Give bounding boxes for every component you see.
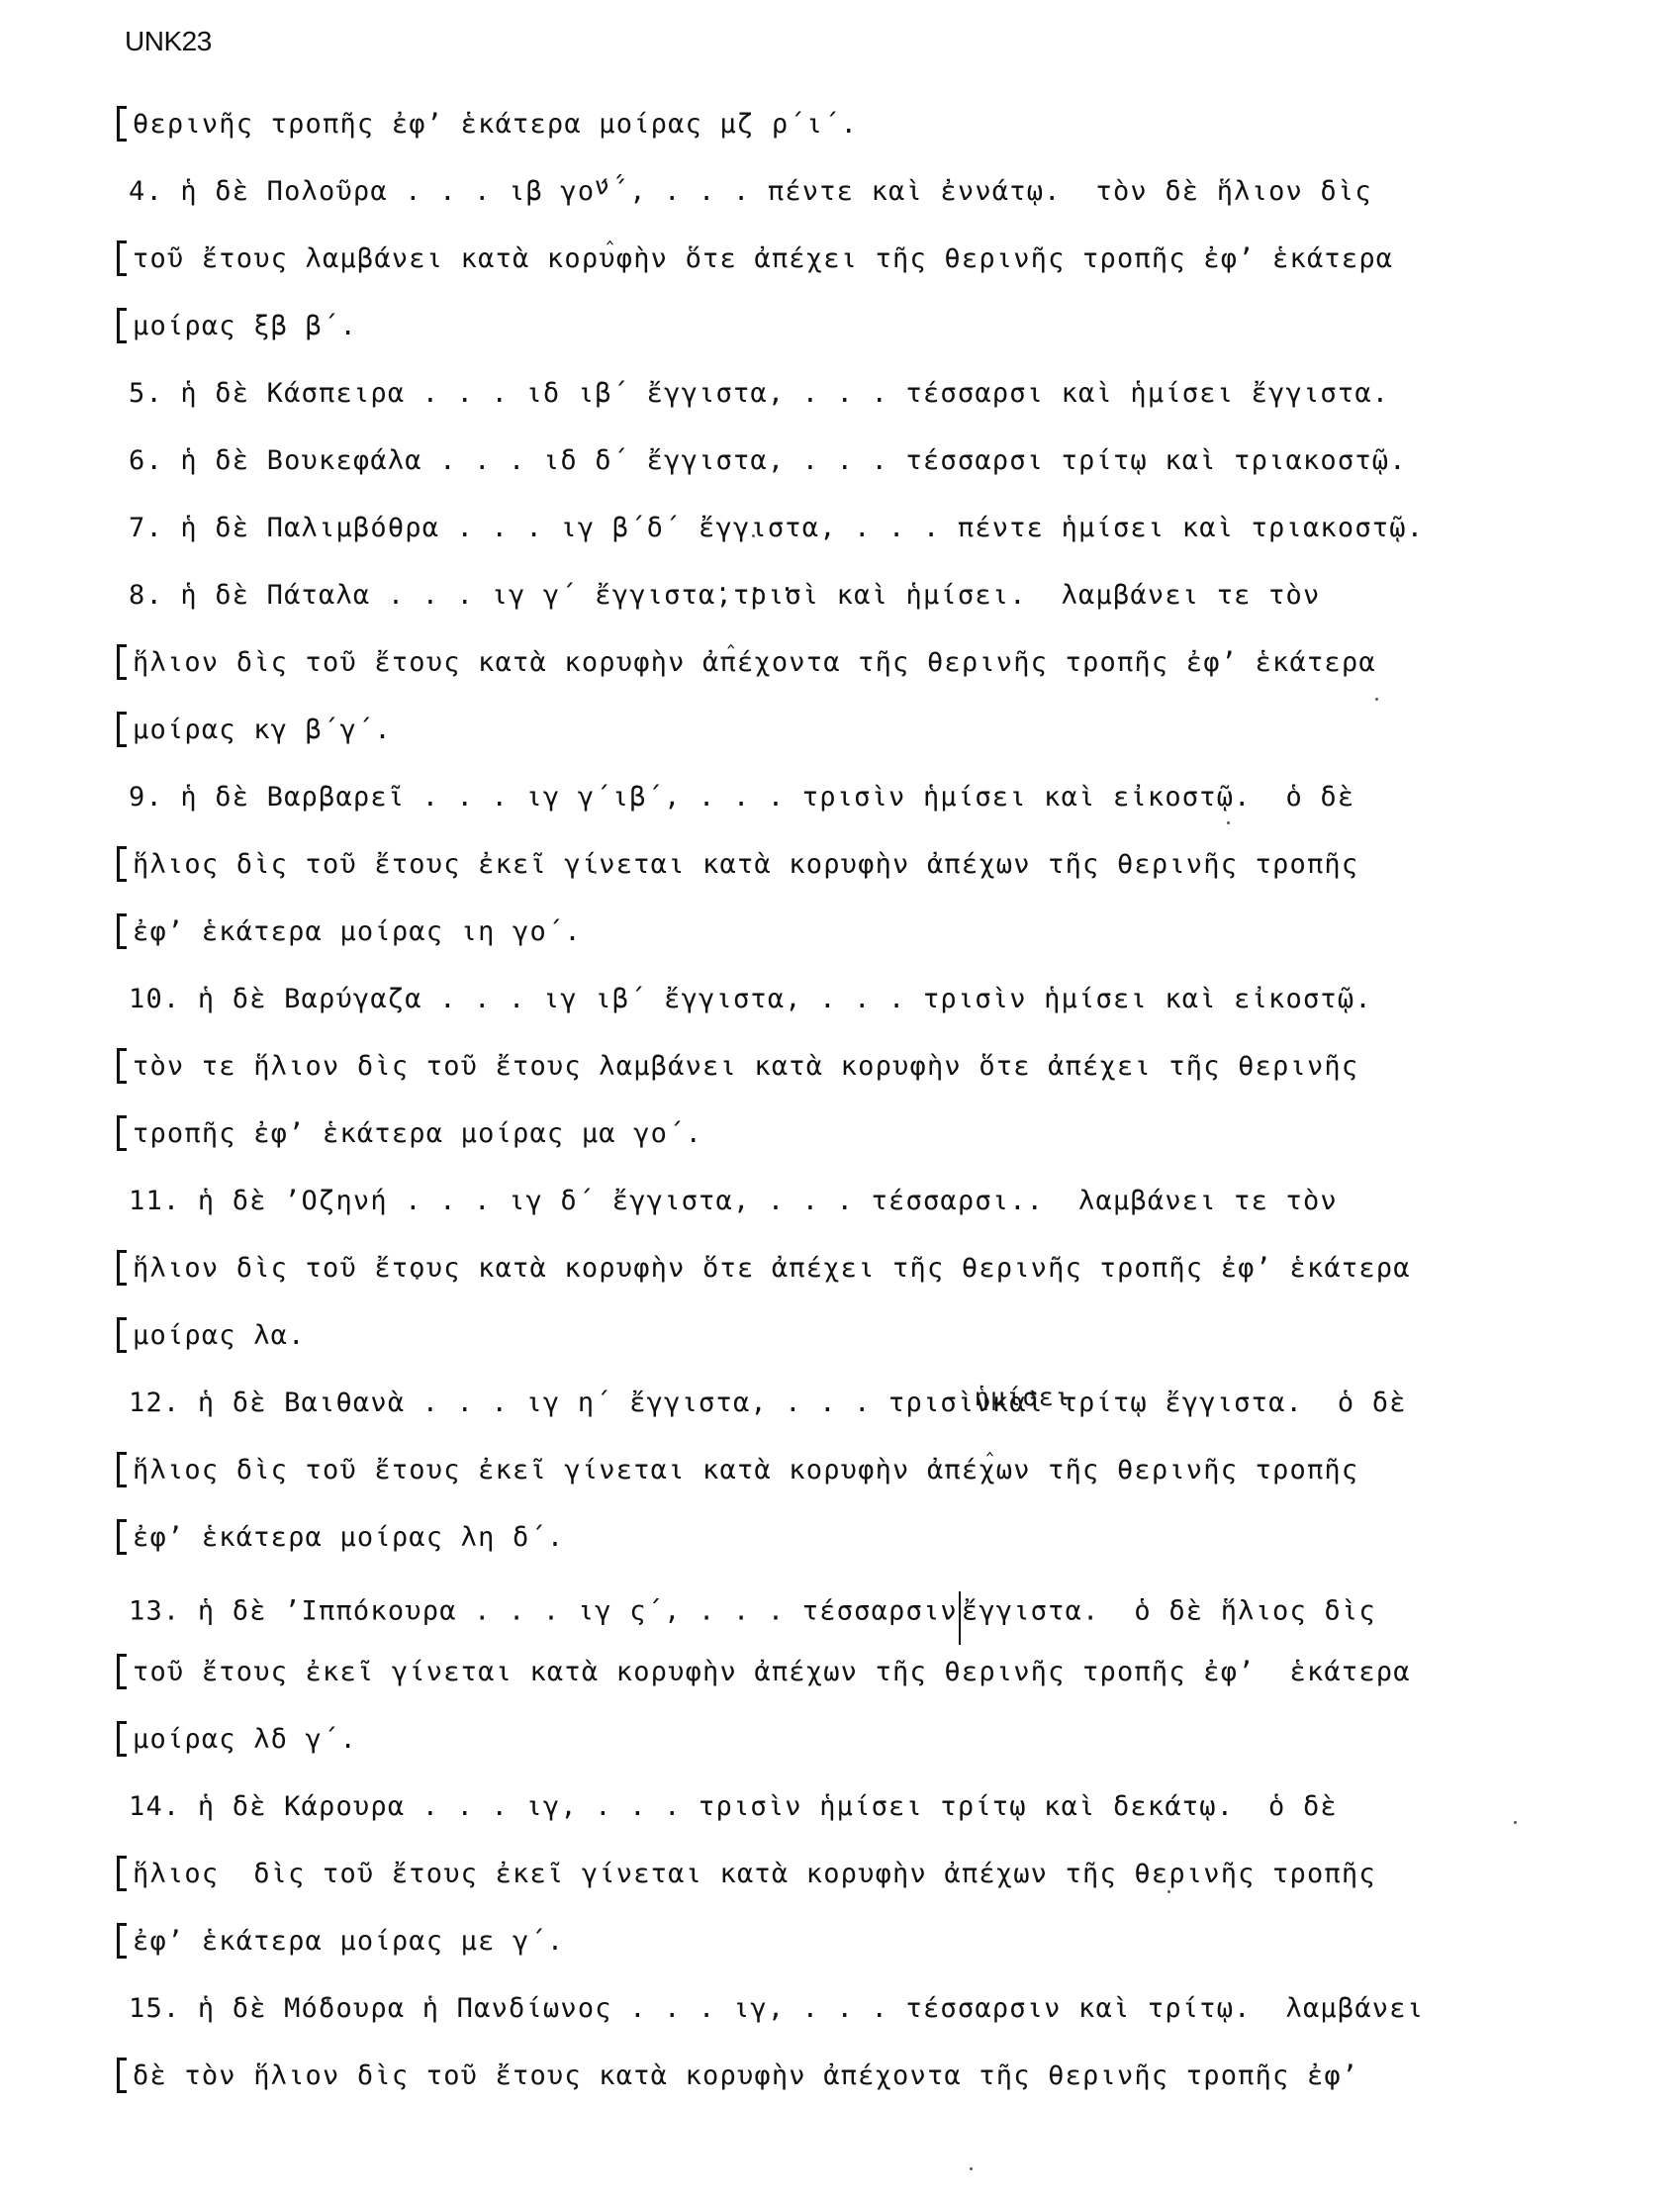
line-text: 12. ἡ δὲ Βαιθανὰ . . . ιγ η΄ ἔγγιστα, . …: [129, 1388, 992, 1418]
continuation-line: τοῦ ἔτους λαμβάνει κατὰ κορυφὴν ὅτε ἀπέχ…: [117, 239, 1393, 279]
scan-speck: [1227, 821, 1230, 824]
continuation-line: μοίρας κγ β΄γ΄.: [117, 711, 392, 750]
entry-line: 4. ἡ δὲ Πολοῦρα . . . ιβ γο΄‸ν΄΄, . . . …: [129, 172, 1372, 212]
line-text: 5. ἡ δὲ Κάσπειρα . . . ιδ ιβ΄ ἔγγιστα, .…: [129, 378, 1389, 409]
line-text: δὲ τὸν ἥλιον δὶς τοῦ ἔτους κατὰ κορυφὴν …: [133, 2060, 1358, 2091]
entry-line: 15. ἡ δὲ Μόδουρα ἡ Πανδίωνος . . . ιγ, .…: [129, 1989, 1424, 2029]
entry-line: 12. ἡ δὲ Βαιθανὰ . . . ιγ η΄ ἔγγιστα, . …: [129, 1384, 1407, 1423]
continuation-line: ἥλιον δὶς τοῦ ἔτους κατὰ κορυφὴν ἀπέχοντ…: [117, 643, 1376, 683]
continuation-line: τὸν τε ἥλιον δὶς τοῦ ἔτους λαμβάνει κατὰ…: [117, 1047, 1358, 1087]
line-text: μοίρας κγ β΄γ΄.: [133, 715, 392, 745]
margin-bracket-icon: [117, 1923, 127, 1959]
line-text: τροπῆς ἐφ’ ἑκάτερα μοίρας μα γο΄.: [133, 1118, 702, 1149]
line-text: 4. ἡ δὲ Πολοῦρα . . . ιβ γο΄: [129, 176, 612, 207]
margin-bracket-icon: [117, 106, 127, 142]
line-text: ἥλιος δὶς τοῦ ἔτους ἐκεῖ γίνεται κατὰ κο…: [133, 849, 1358, 880]
entry-line: 11. ἡ δὲ ’Οζηνή . . . ιγ δ΄ ἔγγιστα, . .…: [129, 1182, 1338, 1221]
line-text: 13. ἡ δὲ ’Ιππόκουρα . . . ιγ ς΄, . . . τ…: [129, 1596, 958, 1627]
margin-bracket-icon: [117, 1452, 127, 1487]
line-text: 14. ἡ δὲ Κάρουρα . . . ιγ, . . . τρισὶν …: [129, 1791, 1338, 1822]
scan-speck: [1514, 1821, 1517, 1824]
line-text: θερινῆς τροπῆς ἐφ’ ἑκάτερα μοίρας μζ ρ΄ι…: [133, 109, 858, 140]
continuation-line: θερινῆς τροπῆς ἐφ’ ἑκάτερα μοίρας μζ ρ΄ι…: [117, 105, 858, 144]
continuation-line: τοῦ ἔτους ἐκεῖ γίνεται κατὰ κορυφὴν ἀπέχ…: [117, 1653, 1411, 1692]
scan-speck: [752, 534, 755, 537]
line-text: ἔγγιστα. ὁ δὲ ἥλιος δὶς: [962, 1596, 1376, 1627]
entry-line: 8. ἡ δὲ Πάταλα . . . ιγ γ΄ ἔγγιστα,‸· · …: [129, 576, 1320, 616]
entry-line: 7. ἡ δὲ Παλιμβόθρα . . . ιγ β΄δ΄ ἔγγιστα…: [129, 509, 1424, 548]
continuation-line: ἐφ’ ἑκάτερα μοίρας λη δ΄.: [117, 1518, 564, 1558]
line-text: μοίρας ξβ β΄.: [133, 311, 357, 341]
continuation-line: μοίρας λδ γ΄.: [117, 1720, 357, 1760]
line-text: ἥλιος δὶς τοῦ ἔτους ἐκεῖ γίνεται κατὰ κο…: [133, 1859, 1376, 1889]
document-label: UNK23: [125, 26, 212, 57]
inserted-text: ν΄: [595, 166, 627, 206]
entry-line: 9. ἡ δὲ Βαρβαρεῖ . . . ιγ γ΄ιβ΄, . . . τ…: [129, 778, 1354, 817]
line-text: ἥλιος δὶς τοῦ ἔτους ἐκεῖ γίνεται κατὰ κο…: [133, 1455, 1358, 1485]
margin-bracket-icon: [117, 1317, 127, 1353]
line-text: 10. ἡ δὲ Βαρύγαζα . . . ιγ ιβ΄ ἔγγιστα, …: [129, 984, 1372, 1014]
line-text: ἐφ’ ἑκάτερα μοίρας με γ΄.: [133, 1926, 564, 1957]
line-text: 7. ἡ δὲ Παλιμβόθρα . . . ιγ β΄δ΄ ἔγγιστα…: [129, 513, 1424, 543]
line-text: ἐφ’ ἑκάτερα μοίρας λη δ΄.: [133, 1522, 564, 1553]
line-text: τρισὶ καὶ ἡμίσει. λαμβάνει τε τὸν: [733, 580, 1320, 611]
entry-line: 5. ἡ δὲ Κάσπειρα . . . ιδ ιβ΄ ἔγγιστα, .…: [129, 374, 1389, 414]
continuation-line: ἥλιον δὶς τοῦ ἔτους κατὰ κορυφὴν ὅτε ἀπέ…: [117, 1249, 1411, 1289]
margin-bracket-icon: [117, 2058, 127, 2093]
margin-bracket-icon: [117, 644, 127, 680]
continuation-line: μοίρας ξβ β΄.: [117, 307, 357, 346]
scan-speck: [416, 1277, 419, 1280]
line-text: ἥλιον δὶς τοῦ ἔτους κατὰ κορυφὴν ἀπέχοντ…: [133, 647, 1376, 678]
margin-bracket-icon: [117, 1048, 127, 1084]
continuation-line: δὲ τὸν ἥλιον δὶς τοῦ ἔτους κατὰ κορυφὴν …: [117, 2057, 1358, 2096]
margin-bracket-icon: [117, 712, 127, 747]
margin-bracket-icon: [117, 1654, 127, 1689]
continuation-line: ἥλιος δὶς τοῦ ἔτους ἐκεῖ γίνεται κατὰ κο…: [117, 1855, 1376, 1894]
scan-speck: [1167, 1890, 1170, 1893]
entry-line: 13. ἡ δὲ ’Ιππόκουρα . . . ιγ ς΄, . . . τ…: [129, 1585, 1376, 1625]
line-text: τοῦ ἔτους λαμβάνει κατὰ κορυφὴν ὅτε ἀπέχ…: [133, 243, 1393, 274]
line-text: τὸν τε ἥλιον δὶς τοῦ ἔτους λαμβάνει κατὰ…: [133, 1051, 1358, 1082]
line-text: 8. ἡ δὲ Πάταλα . . . ιγ γ΄ ἔγγιστα,: [129, 580, 733, 611]
margin-bracket-icon: [117, 1250, 127, 1286]
line-text: ΄, . . . πέντε καὶ ἐννάτῳ. τὸν δὲ ἥλιον …: [612, 176, 1372, 207]
scan-speck: [1375, 698, 1378, 701]
margin-bracket-icon: [117, 846, 127, 882]
margin-bracket-icon: [117, 913, 127, 949]
line-text: 15. ἡ δὲ Μόδουρα ἡ Πανδίωνος . . . ιγ, .…: [129, 1993, 1424, 2024]
margin-bracket-icon: [117, 1519, 127, 1555]
line-text: τοῦ ἔτους ἐκεῖ γίνεται κατὰ κορυφὴν ἀπέχ…: [133, 1657, 1411, 1687]
line-text: 11. ἡ δὲ ’Οζηνή . . . ιγ δ΄ ἔγγιστα, . .…: [129, 1186, 1338, 1216]
line-text: 9. ἡ δὲ Βαρβαρεῖ . . . ιγ γ΄ιβ΄, . . . τ…: [129, 782, 1354, 813]
margin-bracket-icon: [117, 1856, 127, 1891]
margin-bracket-icon: [117, 1115, 127, 1151]
continuation-line: ἥλιος δὶς τοῦ ἔτους ἐκεῖ γίνεται κατὰ κο…: [117, 1451, 1358, 1490]
continuation-line: ἥλιος δὶς τοῦ ἔτους ἐκεῖ γίνεται κατὰ κο…: [117, 845, 1358, 885]
entry-line: 6. ἡ δὲ Βουκεφάλα . . . ιδ δ΄ ἔγγιστα, .…: [129, 441, 1407, 481]
scan-speck: [594, 871, 597, 874]
margin-bracket-icon: [117, 240, 127, 276]
entry-line: 14. ἡ δὲ Κάρουρα . . . ιγ, . . . τρισὶν …: [129, 1787, 1338, 1827]
scan-speck: [970, 2167, 973, 2170]
continuation-line: ἐφ’ ἑκάτερα μοίρας ιη γο΄.: [117, 912, 582, 952]
continuation-line: μοίρας λα.: [117, 1316, 306, 1356]
scan-speck: [1054, 1257, 1057, 1260]
inserted-text: · · ·: [715, 570, 795, 610]
margin-bracket-icon: [117, 1721, 127, 1757]
entry-line: 10. ἡ δὲ Βαρύγαζα . . . ιγ ιβ΄ ἔγγιστα, …: [129, 980, 1372, 1019]
continuation-line: τροπῆς ἐφ’ ἑκάτερα μοίρας μα γο΄.: [117, 1114, 702, 1154]
line-text: μοίρας λα.: [133, 1320, 306, 1351]
scan-speck: [327, 1999, 329, 2002]
line-text: 6. ἡ δὲ Βουκεφάλα . . . ιδ δ΄ ἔγγιστα, .…: [129, 445, 1407, 476]
line-text: ἐφ’ ἑκάτερα μοίρας ιη γο΄.: [133, 916, 582, 947]
line-text: μοίρας λδ γ΄.: [133, 1724, 357, 1755]
handwritten-divider-icon: [959, 1591, 961, 1645]
inserted-text: ἡμίσει: [975, 1378, 1072, 1417]
continuation-line: ἐφ’ ἑκάτερα μοίρας με γ΄.: [117, 1922, 564, 1962]
margin-bracket-icon: [117, 308, 127, 343]
line-text: ἥλιον δὶς τοῦ ἔτους κατὰ κορυφὴν ὅτε ἀπέ…: [133, 1253, 1411, 1284]
